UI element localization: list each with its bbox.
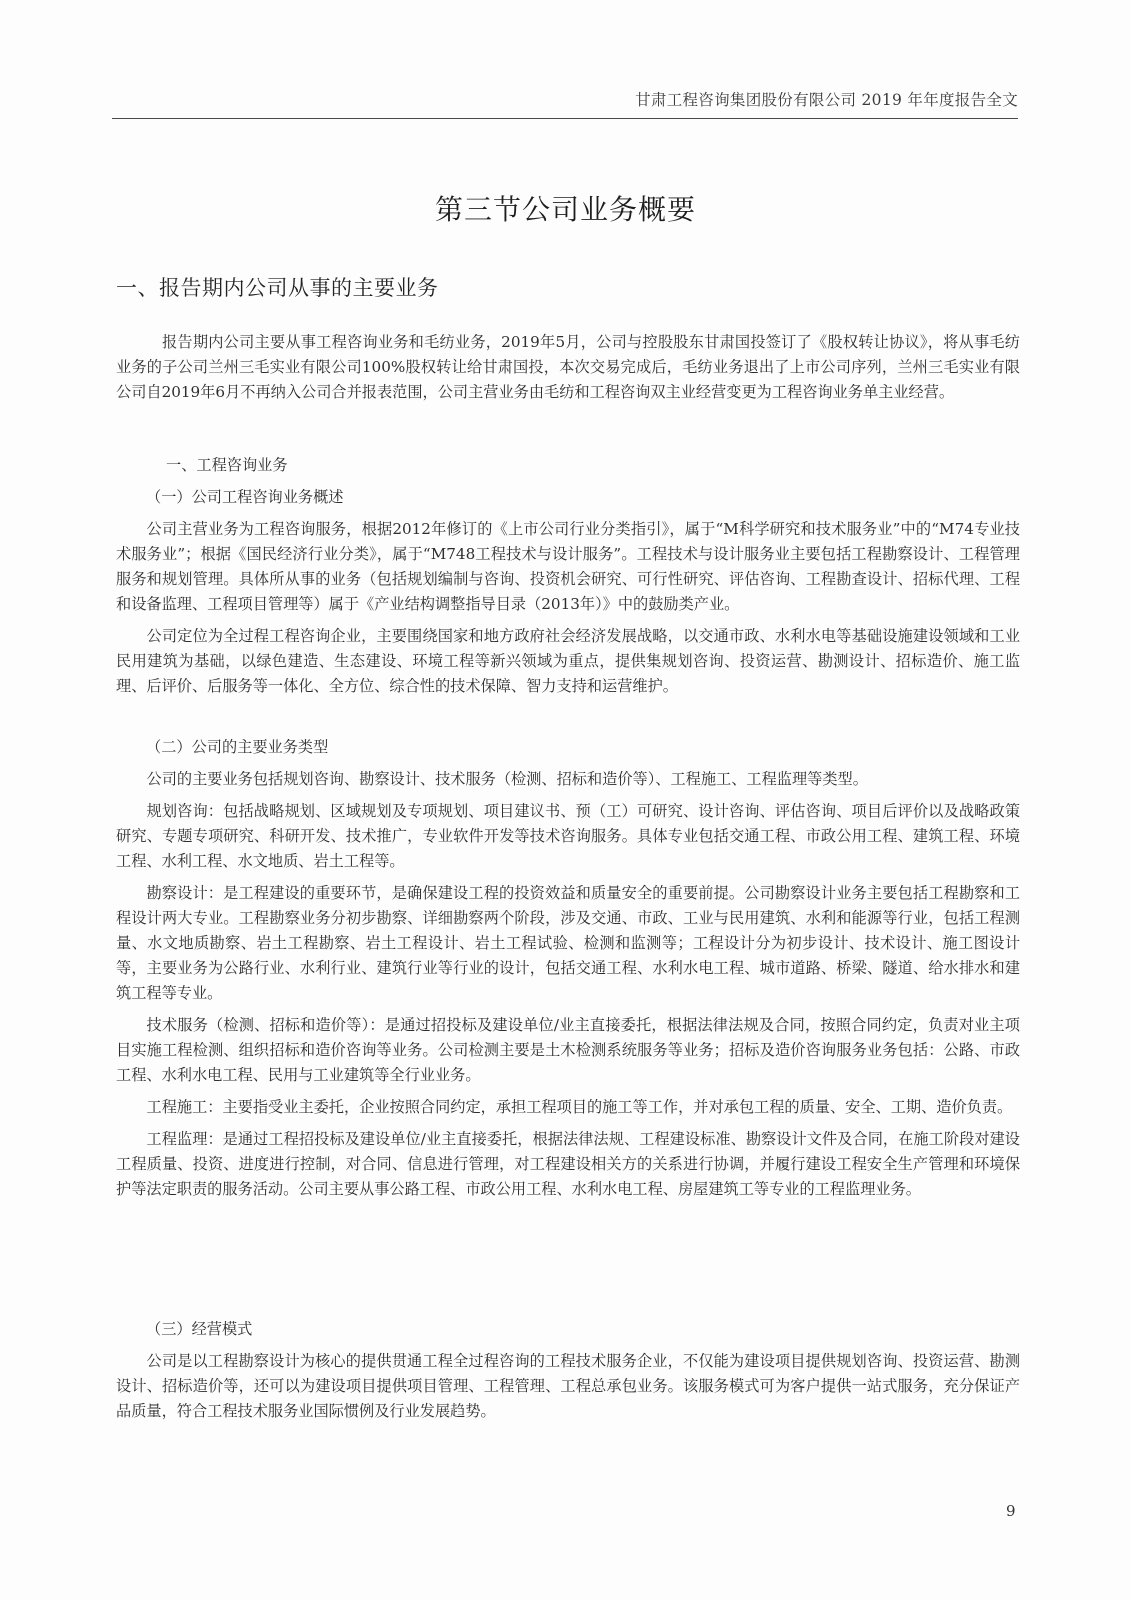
part-3-paragraph: 公司是以工程勘察设计为核心的提供贯通工程全过程咨询的工程技术服务企业，不仅能为建… [116,1349,1020,1424]
subsection-heading: 一、工程咨询业务 [116,453,1020,478]
section-heading: 一、报告期内公司从事的主要业务 [116,272,439,304]
part-1-paragraph: 公司主营业务为工程咨询服务，根据2012年修订的《上市公司行业分类指引》，属于“… [116,517,1020,617]
page-number: 9 [1006,1502,1016,1520]
part-3-heading: （三）经营模式 [116,1317,1020,1342]
part-2-paragraph: 技术服务（检测、招标和造价等）：是通过招投标及建设单位/业主直接委托，根据法律法… [116,1013,1020,1088]
part-1-paragraph: 公司定位为全过程工程咨询企业，主要围绕国家和地方政府社会经济发展战略，以交通市政… [116,624,1020,699]
running-header-title: 甘肃工程咨询集团股份有限公司 2019 年年度报告全文 [635,91,1018,109]
part-2-heading: （二）公司的主要业务类型 [116,735,1020,760]
part-2-block: （二）公司的主要业务类型 公司的主要业务包括规划咨询、勘察设计、技术服务（检测、… [116,735,1020,1202]
document-page: 甘肃工程咨询集团股份有限公司 2019 年年度报告全文 第三节公司业务概要 一、… [0,0,1131,1600]
running-header: 甘肃工程咨询集团股份有限公司 2019 年年度报告全文 [112,88,1018,119]
part-3-block: （三）经营模式 公司是以工程勘察设计为核心的提供贯通工程全过程咨询的工程技术服务… [116,1317,1020,1424]
part-2-paragraph: 工程施工：主要指受业主委托，企业按照合同约定，承担工程项目的施工等工作，并对承包… [116,1095,1020,1120]
chapter-title: 第三节公司业务概要 [0,190,1131,230]
part-2-paragraph: 工程监理：是通过工程招投标及建设单位/业主直接委托，根据法律法规、工程建设标准、… [116,1127,1020,1202]
part-1-block: （一）公司工程咨询业务概述 公司主营业务为工程咨询服务，根据2012年修订的《上… [116,485,1020,699]
intro-paragraph: 报告期内公司主要从事工程咨询业务和毛纺业务，2019年5月，公司与控股股东甘肃国… [116,330,1020,405]
part-2-paragraph: 勘察设计：是工程建设的重要环节，是确保建设工程的投资效益和质量安全的重要前提。公… [116,881,1020,1006]
part-2-paragraph: 公司的主要业务包括规划咨询、勘察设计、技术服务（检测、招标和造价等）、工程施工、… [116,767,1020,792]
intro-block: 报告期内公司主要从事工程咨询业务和毛纺业务，2019年5月，公司与控股股东甘肃国… [116,330,1020,405]
part-2-paragraph: 规划咨询：包括战略规划、区域规划及专项规划、项目建议书、预（工）可研究、设计咨询… [116,799,1020,874]
part-1-heading: （一）公司工程咨询业务概述 [116,485,1020,510]
subsection-block: 一、工程咨询业务 [116,453,1020,478]
